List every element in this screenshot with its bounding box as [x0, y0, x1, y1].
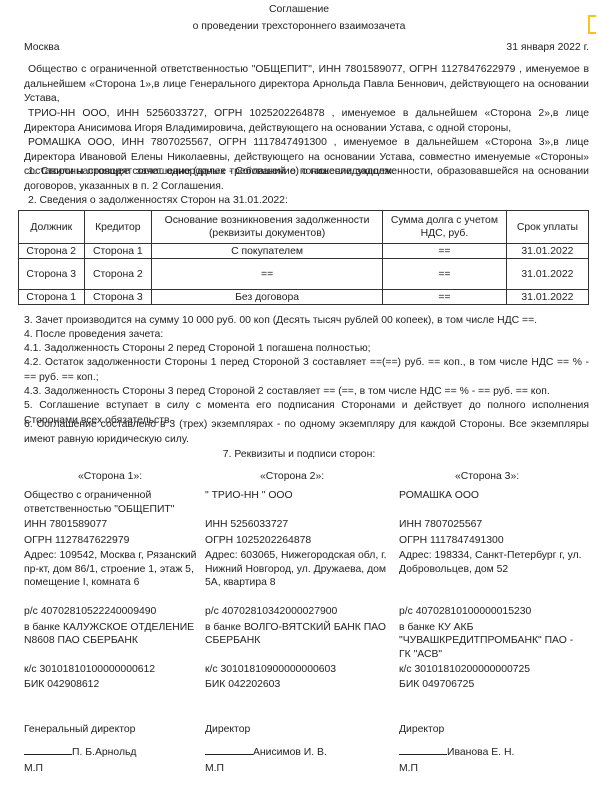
city: Москва: [24, 42, 59, 53]
party1-bik: БИК 042908612: [24, 678, 209, 692]
amount-cell: ==: [383, 290, 507, 305]
clause-4-2: 4.2. Остаток задолженности Стороны 1 пер…: [24, 356, 589, 385]
party3-bank: в банке КУ АКБ "ЧУВАШКРЕДИТПРОМБАНК" ПАО…: [399, 621, 584, 661]
party3-signatory: Иванова Е. Н.: [447, 747, 514, 758]
party1-name: Общество с ограниченной ответственностью…: [24, 489, 209, 516]
table-row: Сторона 2 Сторона 1 С покупателем == 31.…: [19, 244, 589, 259]
clause-2: 2. Сведения о задолженностях Сторон на 3…: [24, 194, 589, 209]
column-header: Должник: [19, 211, 85, 244]
column-header: Кредитор: [84, 211, 152, 244]
table-header-row: Должник Кредитор Основание возникновения…: [19, 211, 589, 244]
text-cursor-bracket-icon: [588, 15, 596, 34]
basis-cell: ==: [152, 259, 383, 290]
column-header: Основание возникновения задолженности (р…: [152, 211, 383, 244]
party2-heading: «Сторона 2»:: [260, 471, 324, 482]
party3-account: р/с 40702810100000015230: [399, 605, 584, 619]
agreement-document: Соглашение о проведении трехстороннего в…: [0, 0, 598, 791]
party3-signature: Иванова Е. Н.: [399, 744, 514, 759]
signature-line: [205, 744, 253, 755]
creditor-cell: Сторона 2: [84, 259, 152, 290]
party3-name: РОМАШКА ООО: [399, 489, 584, 516]
clause-3: 3. Зачет производится на сумму 10 000 ру…: [24, 314, 589, 329]
party1-corr-account: к/с 30101810100000000612: [24, 663, 209, 677]
party3-ogrn: ОГРН 1117847491300: [399, 534, 584, 548]
column-header: Сумма долга с учетом НДС, руб.: [383, 211, 507, 244]
party2-requisites: " ТРИО-НН " ООО ИНН 5256033727 ОГРН 1025…: [205, 489, 390, 694]
clause-6: 6. Соглашение составлено в 3 (трех) экзе…: [24, 418, 589, 447]
signature-line: [24, 744, 72, 755]
table-row: Сторона 3 Сторона 2 == == 31.01.2022: [19, 259, 589, 290]
clause-1: 1. Стороны проводят зачет однородных тре…: [24, 165, 589, 194]
party3-corr-account: к/с 30101810200000000725: [399, 663, 584, 677]
party1-bank: в банке КАЛУЖСКОЕ ОТДЕЛЕНИЕ N8608 ПАО СБ…: [24, 621, 209, 661]
party3-heading: «Сторона 3»:: [455, 471, 519, 482]
creditor-cell: Сторона 3: [84, 290, 152, 305]
party3-address: Адрес: 198334, Санкт-Петербург г, ул. До…: [399, 549, 584, 603]
basis-cell: Без договора: [152, 290, 383, 305]
party3-stamp: М.П: [399, 762, 418, 775]
party2-ogrn: ОГРН 1025202264878: [205, 534, 390, 548]
party3-inn: ИНН 7807025567: [399, 518, 584, 532]
table-row: Сторона 1 Сторона 3 Без договора == 31.0…: [19, 290, 589, 305]
party1-signature: П. Б.Арнольд: [24, 744, 137, 759]
party2-account: р/с 40702810342000027900: [205, 605, 390, 619]
due-date-cell: 31.01.2022: [506, 244, 588, 259]
party2-bik: БИК 042202603: [205, 678, 390, 692]
creditor-cell: Сторона 1: [84, 244, 152, 259]
amount-cell: ==: [383, 244, 507, 259]
signature-line: [399, 744, 447, 755]
debtor-cell: Сторона 2: [19, 244, 85, 259]
clause-4-1: 4.1. Задолженность Стороны 2 перед Сторо…: [24, 342, 589, 357]
party2-signatory: Анисимов И. В.: [253, 747, 327, 758]
party2-signature: Анисимов И. В.: [205, 744, 327, 759]
party1-signatory: П. Б.Арнольд: [72, 747, 137, 758]
clause-4-3: 4.3. Задолженность Стороны 3 перед Сторо…: [24, 385, 589, 400]
party1-inn: ИНН 7801589077: [24, 518, 209, 532]
party1-requisites: Общество с ограниченной ответственностью…: [24, 489, 209, 694]
party2-corr-account: к/с 30101810900000000603: [205, 663, 390, 677]
party1-ogrn: ОГРН 1127847622979: [24, 534, 209, 548]
intro-party2: ТРИО-НН ООО, ИНН 5256033727, ОГРН 102520…: [24, 107, 589, 136]
requisites-heading: 7. Реквизиты и подписи сторон:: [0, 449, 598, 460]
party3-sign-title: Директор: [399, 723, 444, 736]
amount-cell: ==: [383, 259, 507, 290]
due-date-cell: 31.01.2022: [506, 259, 588, 290]
party1-heading: «Сторона 1»:: [78, 471, 142, 482]
debtor-cell: Сторона 3: [19, 259, 85, 290]
party1-sign-title: Генеральный директор: [24, 723, 135, 736]
document-title: Соглашение: [0, 4, 598, 15]
agreement-date: 31 января 2022 г.: [506, 42, 589, 53]
party1-account: р/с 40702810522240009490: [24, 605, 209, 619]
debts-table: Должник Кредитор Основание возникновения…: [18, 210, 589, 305]
column-header: Срок уплаты: [506, 211, 588, 244]
due-date-cell: 31.01.2022: [506, 290, 588, 305]
party2-address: Адрес: 603065, Нижегородская обл, г. Ниж…: [205, 549, 390, 603]
party1-stamp: М.П: [24, 762, 43, 775]
party3-bik: БИК 049706725: [399, 678, 584, 692]
party2-stamp: М.П: [205, 762, 224, 775]
party2-bank: в банке ВОЛГО-ВЯТСКИЙ БАНК ПАО СБЕРБАНК: [205, 621, 390, 661]
basis-cell: С покупателем: [152, 244, 383, 259]
party1-address: Адрес: 109542, Москва г, Рязанский пр-кт…: [24, 549, 209, 603]
party2-inn: ИНН 5256033727: [205, 518, 390, 532]
document-subtitle: о проведении трехстороннего взаимозачета: [0, 21, 598, 32]
party2-sign-title: Директор: [205, 723, 250, 736]
party3-requisites: РОМАШКА ООО ИНН 7807025567 ОГРН 11178474…: [399, 489, 584, 694]
intro-party1: Общество с ограниченной ответственностью…: [24, 63, 589, 107]
debtor-cell: Сторона 1: [19, 290, 85, 305]
party2-name: " ТРИО-НН " ООО: [205, 489, 390, 516]
clause-4: 4. После проведения зачета:: [24, 328, 589, 343]
